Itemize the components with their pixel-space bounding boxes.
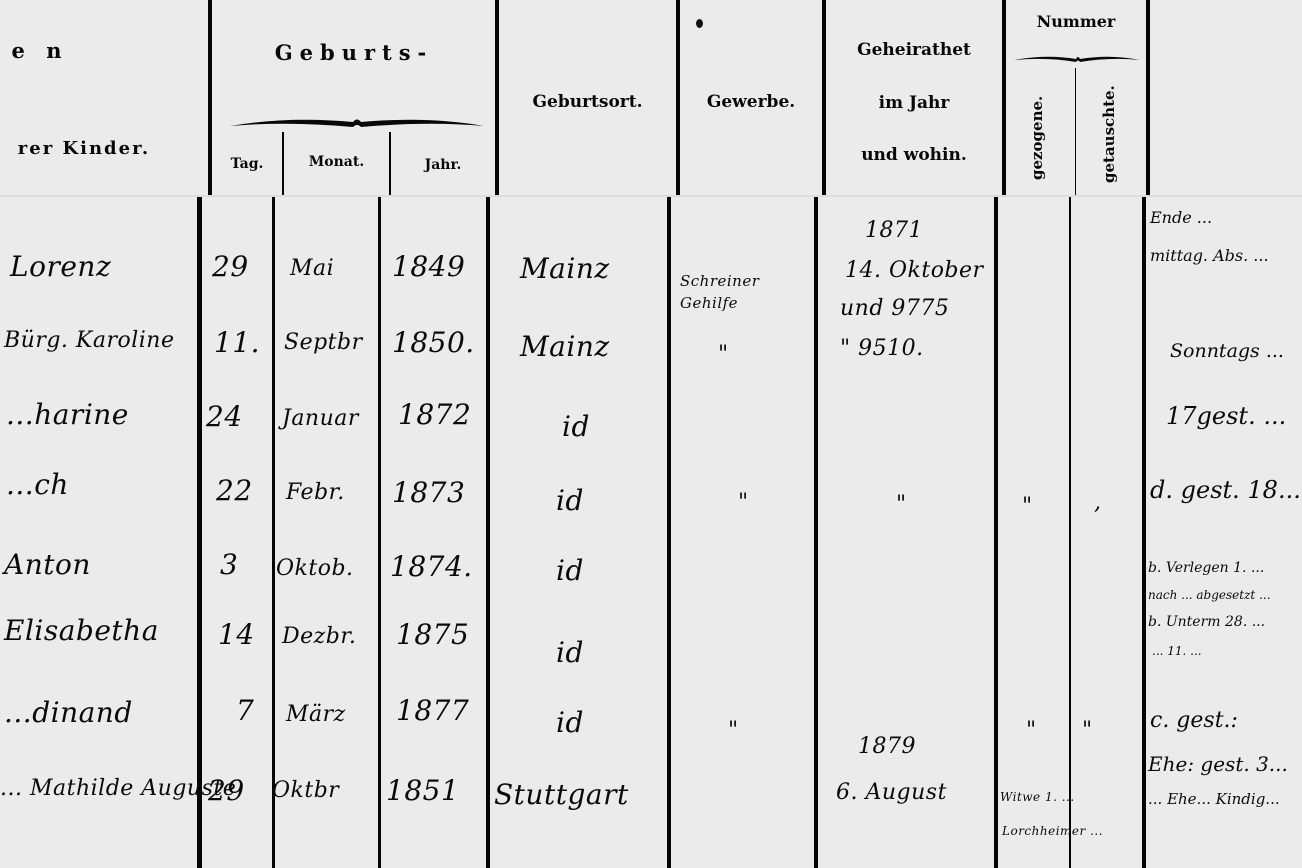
row-0-married-place: und 9775 [840,296,949,321]
row-3-number-exchanged: , [1094,490,1102,515]
row-7-name: ... Mathilde Auguste [0,776,236,801]
row-6-trade: " [728,718,739,743]
row-7-birthplace: Stuttgart [494,778,629,811]
row-2-month: Januar [282,406,359,431]
body-rule [1069,197,1071,868]
row-0-married-date: 14. Oktober [845,258,984,283]
header-married-3: und wohin. [826,145,1002,165]
body-rule [197,197,202,868]
row-1-day: 11. [214,326,260,359]
header-body-separator [0,195,1302,197]
row-3-married: " [896,492,907,517]
row-6-number-exchanged: " [1082,718,1093,743]
row-0-birthplace: Mainz [520,252,610,285]
header-birth-year: Jahr. [391,157,495,173]
header-rule [1075,68,1076,195]
row-5-year: 1875 [396,618,469,651]
row-4-remark-4: ... 11. ... [1152,644,1202,658]
row-2-year: 1872 [398,398,471,431]
row-2-remark: 17gest. ... [1166,402,1286,430]
row-3-name: ...ch [6,468,69,501]
header-birth-month: Monat. [284,154,389,170]
header-birth-group: Geburts- [212,40,496,65]
row-1-trade: " [718,342,729,367]
header-married-1: Geheirathet [826,40,1002,60]
row-7-remark-2: ... Ehe... Kindig... [1148,790,1280,808]
row-4-name: Anton [4,548,91,581]
row-0-month: Mai [290,256,334,281]
body-rule [378,197,381,868]
row-4-birthplace: id [556,554,584,587]
row-4-year: 1874. [390,550,473,583]
header-number-group: Nummer [1006,12,1146,31]
header-birth-day: Tag. [212,156,282,172]
row-0-remark-1: Ende ... [1150,208,1212,227]
header-number-drawn: gezogene. [1028,88,1046,188]
body-rule [272,197,275,868]
row-7-number-exchanged: Lorchheimer ... [1002,824,1103,838]
row-5-month: Dezbr. [282,624,356,649]
row-4-remark-3: b. Unterm 28. ... [1148,614,1265,630]
row-5-birthplace: id [556,636,584,669]
row-7-married-date: 6. August [836,780,947,805]
row-7-number-drawn: Witwe 1. ... [1000,790,1075,804]
row-6-remark: c. gest.: [1150,708,1238,733]
row-6-month: März [286,702,346,727]
row-6-year: 1877 [396,694,469,727]
row-3-number-drawn: " [1022,494,1033,519]
row-3-birthplace: id [556,484,584,517]
row-6-name: ...dinand [4,696,133,729]
header-number-exchanged: getauschte. [1100,78,1118,190]
header-rule [1146,0,1150,195]
row-4-remark-1: b. Verlegen 1. ... [1148,560,1264,576]
row-2-birthplace: id [562,410,590,443]
row-6-number-drawn: " [1026,718,1037,743]
row-5-name: Elisabetha [4,614,159,647]
row-4-remark-2: nach ... abgesetzt ... [1148,588,1271,602]
row-2-day: 24 [206,400,243,433]
header-name-bottom: rer Kinder. [0,138,168,159]
header-birth-brace [228,114,486,132]
row-2-name: ...harine [6,398,129,431]
body-rule [814,197,818,868]
row-1-name: Bürg. Karoline [4,328,175,353]
body-rule [1142,197,1146,868]
header-married-2: im Jahr [826,93,1002,113]
body-rule [667,197,671,868]
register-page: e n rer Kinder. Geburts- Tag. Monat. Jah… [0,0,1302,868]
row-3-month: Febr. [286,480,345,505]
row-3-remark: d. gest. 18... [1150,476,1301,504]
row-7-married-year: 1879 [858,734,916,759]
row-7-day: 29 [208,774,245,807]
row-7-remark-1: Ehe: gest. 3... [1148,752,1288,776]
row-6-day: 7 [236,694,254,727]
row-4-day: 3 [220,548,238,581]
header-number-brace [1012,52,1142,64]
header-name-top: e n [0,38,80,63]
row-0-year: 1849 [392,250,465,283]
row-6-birthplace: id [556,706,584,739]
row-3-trade: " [738,490,749,515]
row-7-year: 1851 [386,774,459,807]
row-3-day: 22 [216,474,253,507]
row-1-married: " 9510. [840,336,924,361]
row-3-year: 1873 [392,476,465,509]
row-0-name: Lorenz [10,250,111,283]
row-7-month: Oktbr [272,778,339,803]
row-4-month: Oktob. [276,556,354,581]
body-rule [486,197,490,868]
row-0-day: 29 [212,250,249,283]
row-5-day: 14 [218,618,255,651]
row-0-trade: Schreiner Gehilfe [680,270,810,314]
header-birthplace: Geburtsort. [499,92,676,112]
row-1-year: 1850. [392,326,475,359]
row-1-birthplace: Mainz [520,330,610,363]
ink-blot [696,19,703,28]
row-0-remark-2: mittag. Abs. ... [1150,246,1269,265]
header-trade: Gewerbe. [680,92,822,112]
row-0-married-year: 1871 [865,218,923,243]
row-1-remark: Sonntags ... [1170,340,1284,362]
body-rule [994,197,998,868]
row-1-month: Septbr [284,330,363,355]
